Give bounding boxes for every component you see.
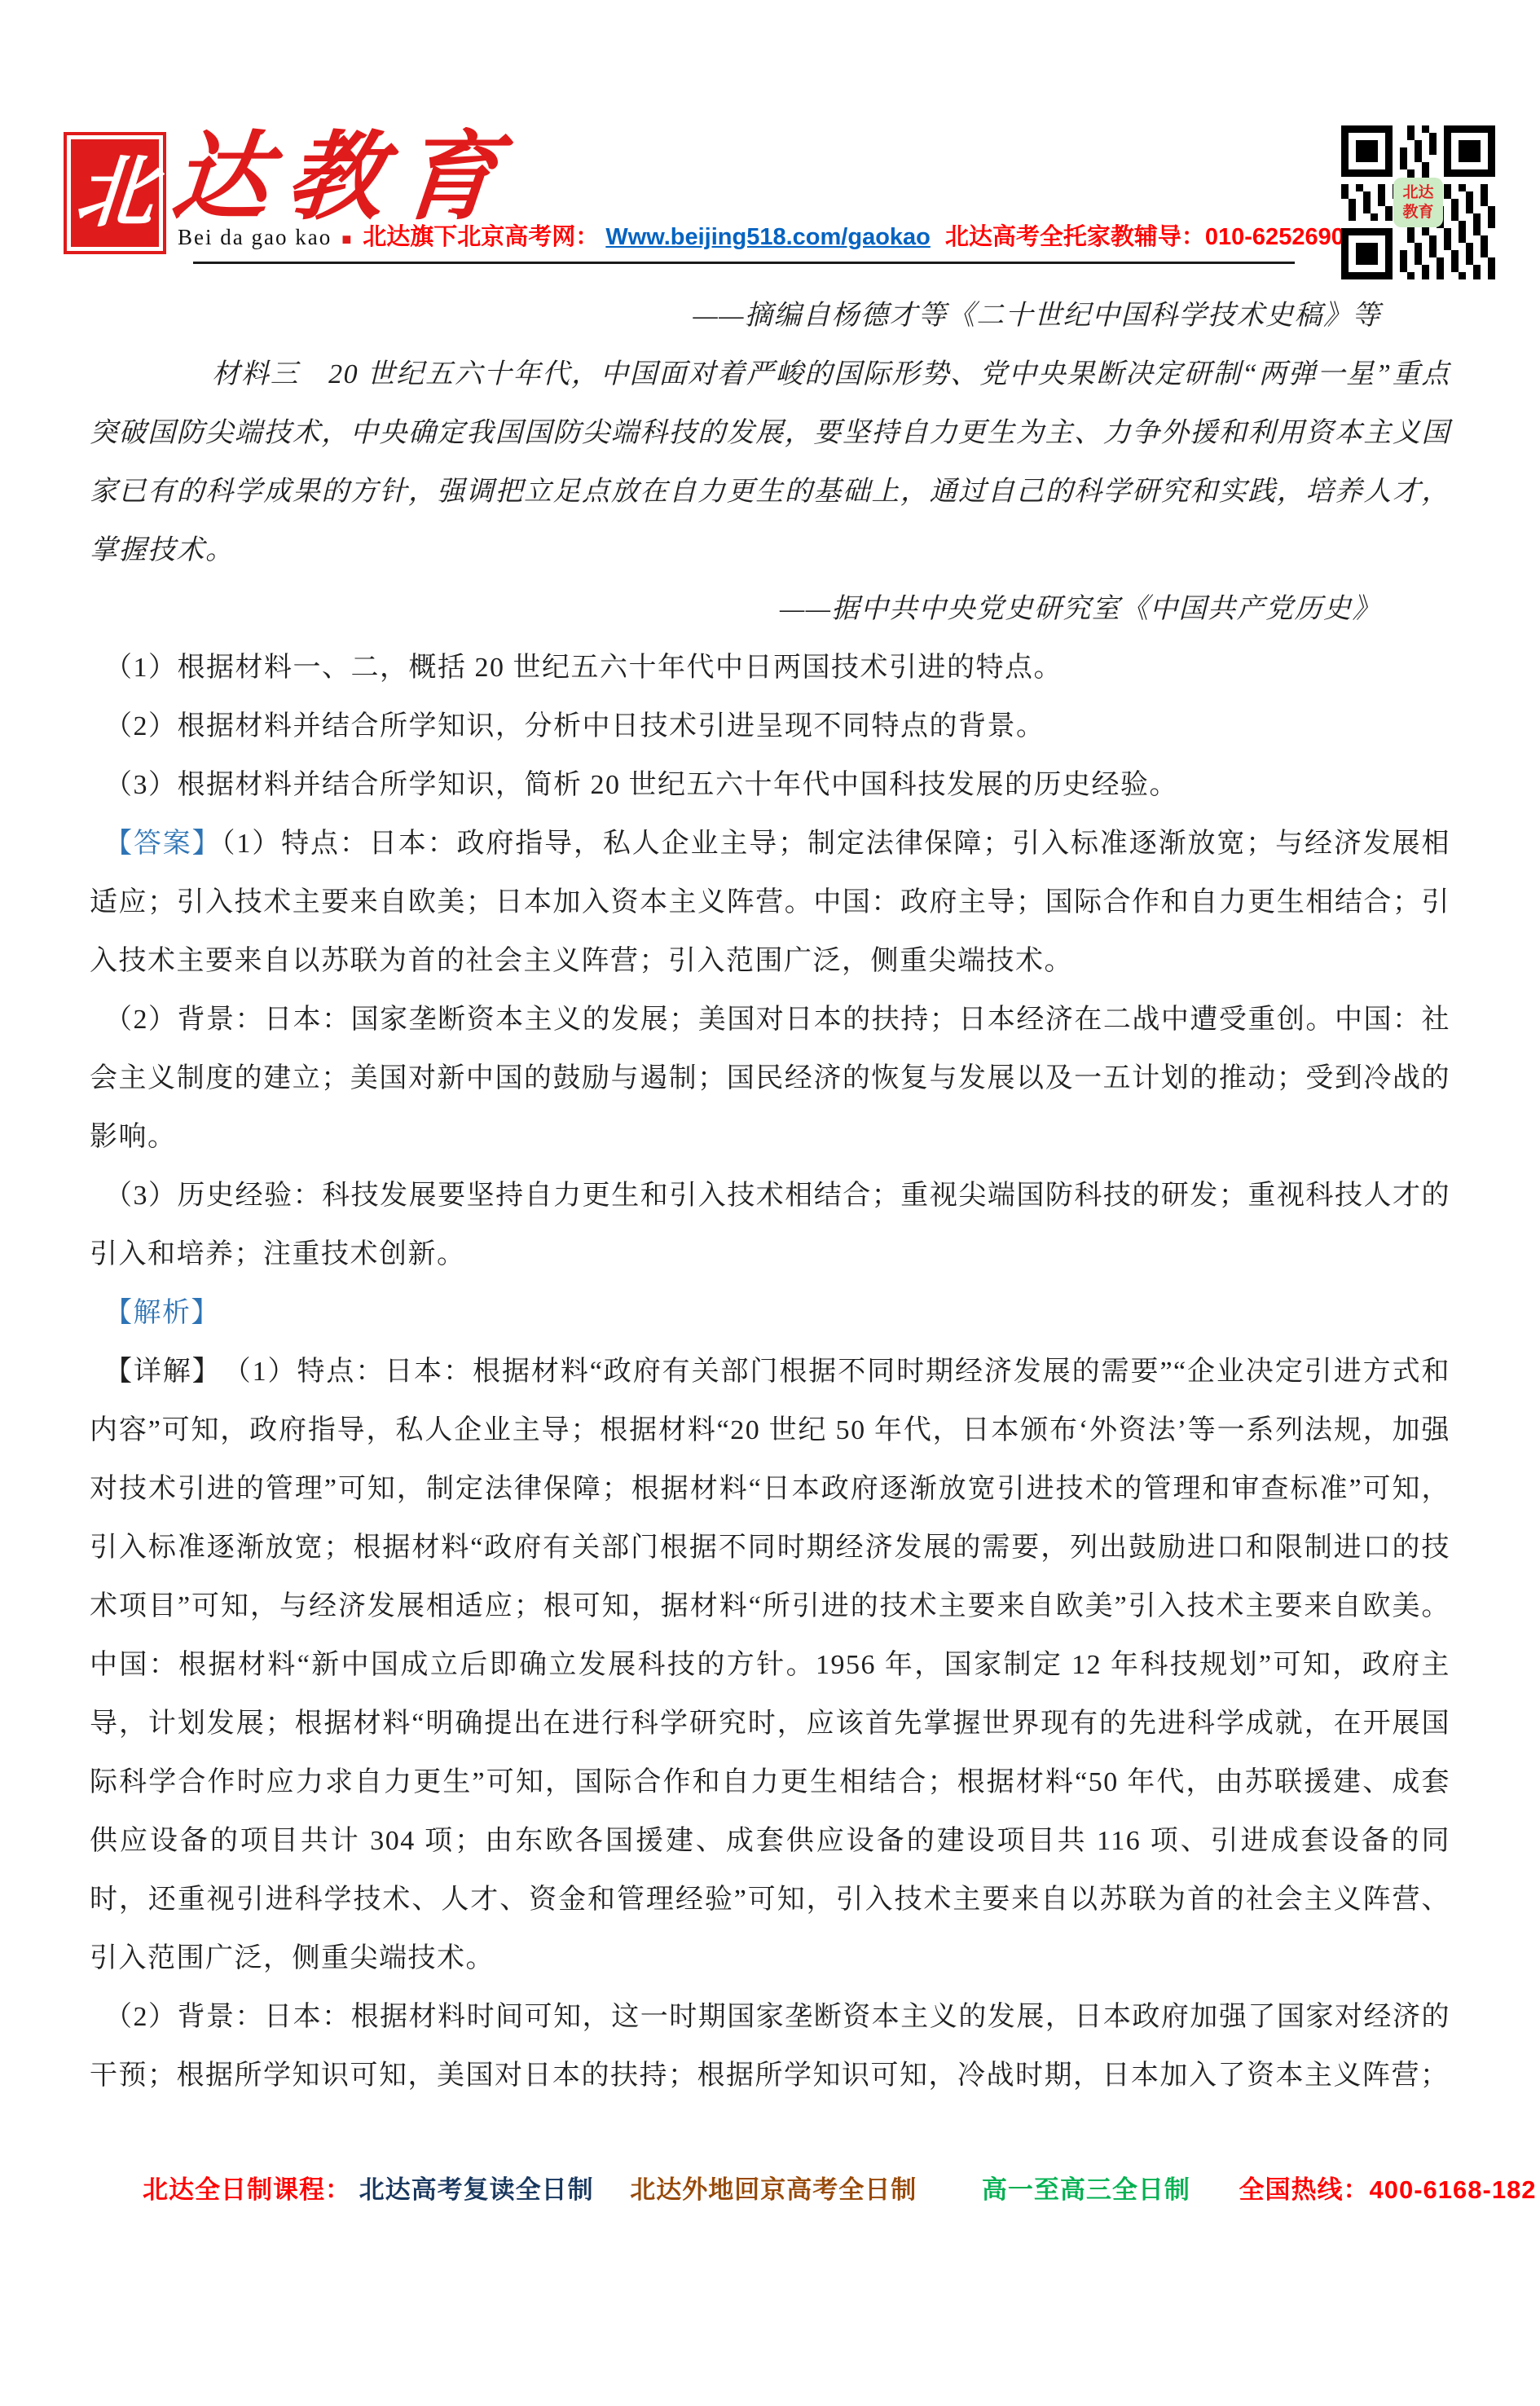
source-citation-1: ——摘编自杨德才等《二十世纪中国科学技术史稿》等 [90, 287, 1450, 345]
detail-label: 【详解】 [104, 1357, 208, 1387]
answer-label: 【答案】 [104, 829, 222, 859]
document-body: ——摘编自杨德才等《二十世纪中国科学技术史稿》等 材料三 20 世纪五六十年代，… [90, 287, 1450, 2105]
footer-courses-label: 北达全日制课程： [143, 2169, 351, 2206]
question-2: （2）根据材料并结合所学知识，分析中日技术引进呈现不同特点的背景。 [90, 697, 1450, 756]
detail-paragraph-1: 【详解】 （1）特点：日本：根据材料“政府有关部门根据不同时期经济发展的需要”“… [90, 1343, 1450, 1988]
qr-finder-top-left [1341, 125, 1393, 177]
answer-paragraph-1: 【答案】（1）特点：日本：政府指导，私人企业主导；制定法律保障；引入标准逐渐放宽… [90, 815, 1450, 991]
footer-national-hotline: 全国热线：400-6168-182 [1239, 2169, 1537, 2206]
analysis-label: 【解析】 [104, 1298, 220, 1328]
header-tagline: Bei da gao kao ■ 北达旗下北京高考网： Www.beijing5… [178, 218, 1357, 252]
footer-course-fudu: 北达高考复读全日制 [359, 2169, 594, 2206]
material-three-paragraph: 材料三 20 世纪五六十年代，中国面对着严峻的国际形势、党中央果断决定研制“两弹… [90, 345, 1450, 580]
brand-seal-logo: 北 [64, 132, 166, 254]
footer-course-bar: 北达全日制课程： 北达高考复读全日制 北达外地回京高考全日制 高一至高三全日制 … [143, 2169, 1537, 2206]
seal-character: 北 [73, 154, 157, 232]
tutoring-hotline-label: 北达高考全托家教辅导：010-62526900 [945, 218, 1357, 252]
header-divider [193, 262, 1295, 264]
gaokao-site-link[interactable]: Www.beijing518.com/gaokao [605, 224, 931, 251]
source-citation-2: ——据中共中央党史研究室《中国共产党历史》 [90, 580, 1450, 639]
brand-pinyin: Bei da gao kao [178, 225, 332, 250]
footer-course-gaosan: 高一至高三全日制 [982, 2169, 1190, 2206]
detail-paragraph-2: （2）背景：日本：根据材料时间可知，这一时期国家垄断资本主义的发展，日本政府加强… [90, 1988, 1450, 2105]
qr-center-label: 北达 教育 [1393, 178, 1443, 227]
footer-course-huijing: 北达外地回京高考全日制 [630, 2169, 917, 2206]
answer-paragraph-2: （2）背景：日本：国家垄断资本主义的发展；美国对日本的扶持；日本经济在二战中遭受… [90, 991, 1450, 1167]
answer-paragraph-3: （3）历史经验：科技发展要坚持自力更生和引入技术相结合；重视尖端国防科技的研发；… [90, 1167, 1450, 1284]
question-3: （3）根据材料并结合所学知识，简析 20 世纪五六十年代中国科技发展的历史经验。 [90, 756, 1450, 815]
qr-code: 北达 教育 [1341, 125, 1495, 288]
qr-finder-bottom-left [1341, 228, 1393, 279]
question-1: （1）根据材料一、二，概括 20 世纪五六十年代中日两国技术引进的特点。 [90, 639, 1450, 697]
site-label: 北达旗下北京高考网： [363, 218, 599, 252]
qr-finder-top-right [1444, 125, 1495, 177]
analysis-label-line: 【解析】 [90, 1284, 1450, 1343]
red-square-icon: ■ [341, 231, 351, 249]
